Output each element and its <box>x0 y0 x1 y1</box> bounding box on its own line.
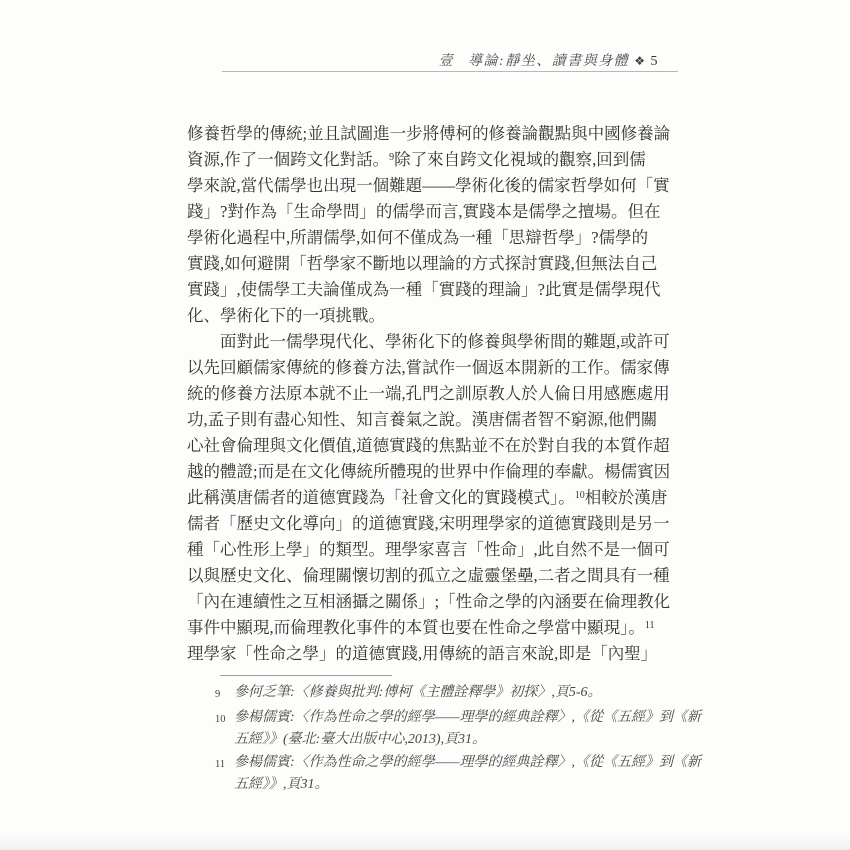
body-line: 種「心性形上學」的類型。理學家喜言「性命」,此自然不是一個可 <box>187 537 687 563</box>
body-line: 事件中顯現,而倫理教化事件的本質也要在性命之學當中顯現」。11 <box>187 615 687 641</box>
page-number: 5 <box>651 54 660 70</box>
footnote-line: 參何乏筆:〈修養與批判:傅柯《主體詮釋學》初探〉,頁5-6。 <box>234 682 602 705</box>
book-page: 壹 導論:靜坐、讀書與身體 ❖ 5 修養哲學的傳統;並且試圖進一步將傅柯的修養論… <box>0 0 850 850</box>
body-text-segment: 面對此一儒學現代化、學術化下的修養與學術間的難題,或許可 <box>220 332 670 351</box>
section-label: 壹 <box>439 50 455 70</box>
body-text-segment: 踐」?對作為「生命學問」的儒學而言,實踐本是儒學之擅場。但在 <box>187 202 660 221</box>
footnote-reference: 10 <box>575 490 585 501</box>
header-rule <box>222 71 678 72</box>
body-line: 學來說,當代儒學也出現一個難題——學術化後的儒家哲學如何「實 <box>187 173 687 199</box>
body-text-segment: 越的體證;而是在文化傳統所體現的世界中作倫理的奉獻。楊儒賓因 <box>187 462 670 481</box>
body-text-segment: 心社會倫理與文化價值,道德實踐的焦點並不在於對自我的本質作超 <box>187 436 670 455</box>
footnote-text: 參楊儒賓:〈作為性命之學的經學——理學的經典詮釋〉,《從《五經》到《新五經》》,… <box>234 752 701 797</box>
body-line: 面對此一儒學現代化、學術化下的修養與學術間的難題,或許可 <box>187 329 687 355</box>
footnote-text: 參何乏筆:〈修養與批判:傅柯《主體詮釋學》初探〉,頁5-6。 <box>234 682 602 705</box>
body-text-segment: 化、學術化下的一項挑戰。 <box>187 306 385 325</box>
body-line: 修養哲學的傳統;並且試圖進一步將傅柯的修養論觀點與中國修養論 <box>187 121 687 147</box>
body-text-segment: 學術化過程中,所謂儒學,如何不僅成為一種「思辯哲學」?儒學的 <box>187 228 648 247</box>
footnote-separator <box>220 675 392 676</box>
footnote-line: 參楊儒賓:〈作為性命之學的經學——理學的經典詮釋〉,《從《五經》到《新 <box>234 707 701 730</box>
body-line: 化、學術化下的一項挑戰。 <box>187 303 687 329</box>
body-text: 修養哲學的傳統;並且試圖進一步將傅柯的修養論觀點與中國修養論資源,作了一個跨文化… <box>187 121 687 667</box>
body-text-segment: 「內在連續性之互相涵攝之關係」;「性命之學的內涵要在倫理教化 <box>187 592 670 611</box>
footnote-number: 9 <box>215 682 234 707</box>
header-title: 導論:靜坐、讀書與身體 <box>468 50 629 70</box>
body-line: 功,孟子則有盡心知性、知言養氣之說。漢唐儒者智不窮源,他們關 <box>187 407 687 433</box>
body-line: 理學家「性命之學」的道德實踐,用傳統的語言來說,即是「內聖」 <box>187 641 687 667</box>
body-line: 「內在連續性之互相涵攝之關係」;「性命之學的內涵要在倫理教化 <box>187 589 687 615</box>
body-line: 統的修養方法原本就不止一端,孔門之訓原教人於人倫日用感應處用 <box>187 381 687 407</box>
body-line: 儒者「歷史文化導向」的道德實踐,宋明理學家的道德實踐則是另一 <box>187 511 687 537</box>
body-text-segment: 統的修養方法原本就不止一端,孔門之訓原教人於人倫日用感應處用 <box>187 384 670 403</box>
body-text-segment: 實踐,如何避開「哲學家不斷地以理論的方式探討實踐,但無法自己 <box>187 254 657 273</box>
body-line: 此稱漢唐儒者的道德實踐為「社會文化的實踐模式」。10相較於漢唐 <box>187 485 687 511</box>
footnote-number: 10 <box>215 707 234 732</box>
body-text-segment: 以與歷史文化、倫理關懷切割的孤立之虛靈堡壘,二者之間具有一種 <box>187 566 670 585</box>
footnote-line: 五經》》,頁31。 <box>234 774 701 797</box>
body-line: 踐」?對作為「生命學問」的儒學而言,實踐本是儒學之擅場。但在 <box>187 199 687 225</box>
footnote: 9參何乏筆:〈修養與批判:傅柯《主體詮釋學》初探〉,頁5-6。 <box>215 682 685 707</box>
body-text-segment: 儒者「歷史文化導向」的道德實踐,宋明理學家的道德實踐則是另一 <box>187 514 670 533</box>
body-line: 學術化過程中,所謂儒學,如何不僅成為一種「思辯哲學」?儒學的 <box>187 225 687 251</box>
footnote-text: 參楊儒賓:〈作為性命之學的經學——理學的經典詮釋〉,《從《五經》到《新五經》》(… <box>234 707 701 752</box>
running-header: 壹 導論:靜坐、讀書與身體 ❖ 5 <box>439 50 659 70</box>
footnote-line: 五經》》(臺北:臺大出版中心,2013),頁31。 <box>234 729 701 752</box>
footnotes: 9參何乏筆:〈修養與批判:傅柯《主體詮釋學》初探〉,頁5-6。10參楊儒賓:〈作… <box>215 682 685 797</box>
body-text-segment: 理學家「性命之學」的道德實踐,用傳統的語言來說,即是「內聖」 <box>187 644 657 663</box>
body-text-segment: 事件中顯現,而倫理教化事件的本質也要在性命之學當中顯現」。 <box>187 618 645 637</box>
footnote-number: 11 <box>215 752 234 777</box>
florette-icon: ❖ <box>634 54 646 68</box>
body-line: 心社會倫理與文化價值,道德實踐的焦點並不在於對自我的本質作超 <box>187 433 687 459</box>
body-text-segment: 資源,作了一個跨文化對話。 <box>187 150 389 169</box>
body-text-segment: 實踐」,使儒學工夫論僅成為一種「實踐的理論」?此實是儒學現代 <box>187 280 660 299</box>
body-text-segment: 學來說,當代儒學也出現一個難題——學術化後的儒家哲學如何「實 <box>187 176 670 195</box>
body-line: 以先回顧儒家傳統的修養方法,嘗試作一個返本開新的工作。儒家傳 <box>187 355 687 381</box>
footnote-reference: 11 <box>645 620 655 631</box>
footnote-line: 參楊儒賓:〈作為性命之學的經學——理學的經典詮釋〉,《從《五經》到《新 <box>234 752 701 775</box>
body-text-segment: 修養哲學的傳統;並且試圖進一步將傅柯的修養論觀點與中國修養論 <box>187 124 670 143</box>
body-line: 實踐,如何避開「哲學家不斷地以理論的方式探討實踐,但無法自己 <box>187 251 687 277</box>
body-text-segment: 功,孟子則有盡心知性、知言養氣之說。漢唐儒者智不窮源,他們關 <box>187 410 657 429</box>
footnote: 11參楊儒賓:〈作為性命之學的經學——理學的經典詮釋〉,《從《五經》到《新五經》… <box>215 752 685 797</box>
body-line: 越的體證;而是在文化傳統所體現的世界中作倫理的奉獻。楊儒賓因 <box>187 459 687 485</box>
body-text-segment: 此稱漢唐儒者的道德實踐為「社會文化的實踐模式」。 <box>187 488 575 507</box>
body-text-segment: 除了來自跨文化視域的觀察,回到儒 <box>394 150 646 169</box>
body-line: 以與歷史文化、倫理關懷切割的孤立之虛靈堡壘,二者之間具有一種 <box>187 563 687 589</box>
body-line: 實踐」,使儒學工夫論僅成為一種「實踐的理論」?此實是儒學現代 <box>187 277 687 303</box>
footnote: 10參楊儒賓:〈作為性命之學的經學——理學的經典詮釋〉,《從《五經》到《新五經》… <box>215 707 685 752</box>
body-text-segment: 種「心性形上學」的類型。理學家喜言「性命」,此自然不是一個可 <box>187 540 670 559</box>
body-text-segment: 相較於漢唐 <box>585 488 668 507</box>
body-line: 資源,作了一個跨文化對話。9除了來自跨文化視域的觀察,回到儒 <box>187 147 687 173</box>
body-text-segment: 以先回顧儒家傳統的修養方法,嘗試作一個返本開新的工作。儒家傳 <box>187 358 670 377</box>
